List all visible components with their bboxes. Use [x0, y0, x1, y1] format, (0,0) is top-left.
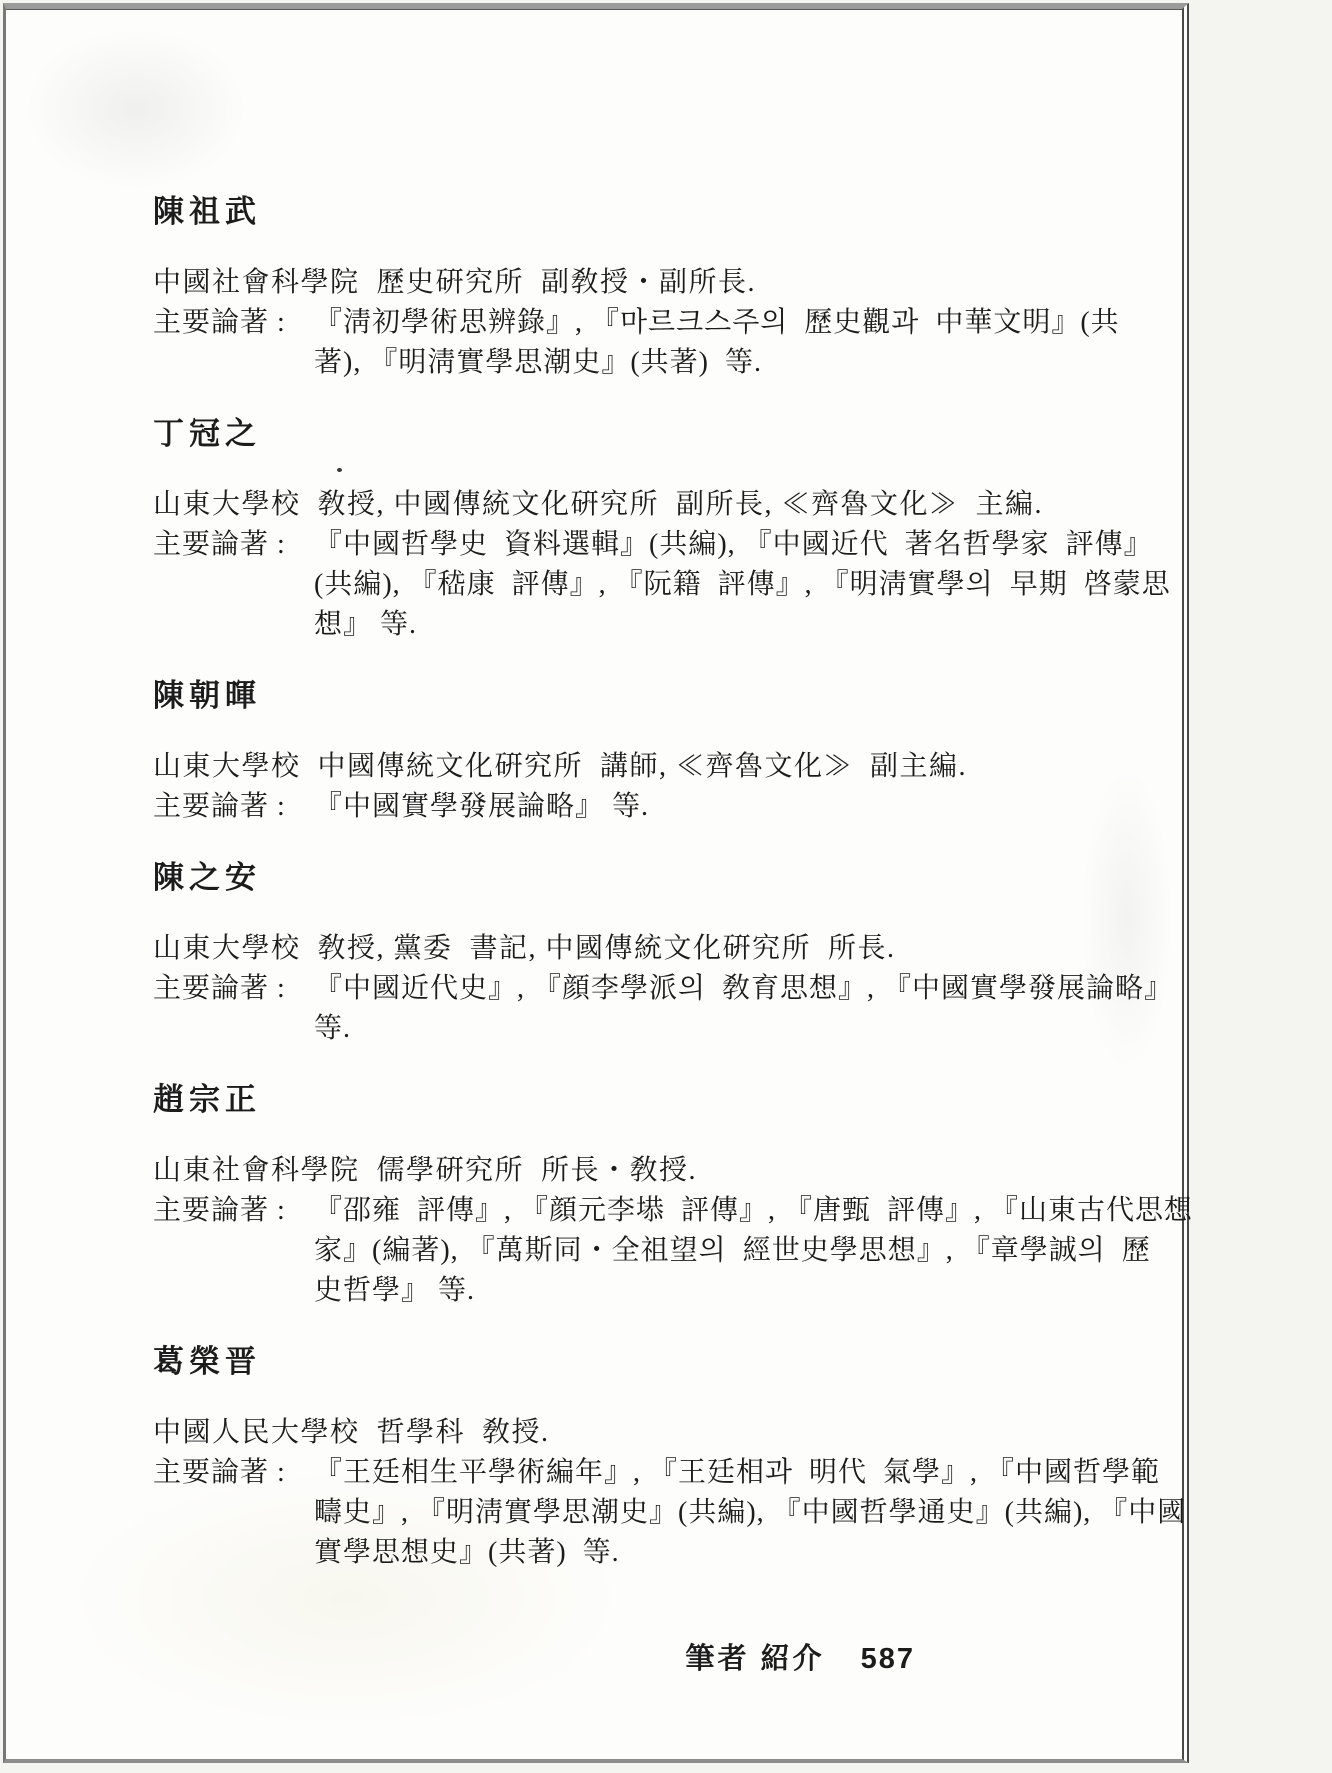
author-section: 葛榮晋 中國人民大學校 哲學科 敎授. 主要論著 : 『王廷相生平學術編年』, … [153, 1341, 915, 1573]
affiliation-line: 山東大學校 中國傳統文化硏究所 講師, ≪齊魯文化≫ 副主編. [153, 747, 915, 787]
works-line: 等. [314, 1009, 1173, 1049]
works-block: 主要論著 : 『中國實學發展論略』 等. [153, 787, 915, 827]
works-lines: 『王廷相生平學術編年』, 『王廷相과 明代 氣學』, 『中國哲學範 疇史』, 『… [314, 1453, 1186, 1573]
works-line: 『王廷相生平學術編年』, 『王廷相과 明代 氣學』, 『中國哲學範 [314, 1453, 1186, 1493]
author-name: 陳朝暉 [153, 675, 915, 717]
works-lines: 『中國哲學史 資料選輯』(共編), 『中國近代 著名哲學家 評傳』 (共編), … [314, 525, 1171, 645]
works-line: 史哲學』 等. [314, 1271, 1193, 1311]
works-block: 主要論著 : 『王廷相生平學術編年』, 『王廷相과 明代 氣學』, 『中國哲學範… [153, 1453, 915, 1573]
author-section: 陳朝暉 山東大學校 中國傳統文化硏究所 講師, ≪齊魯文化≫ 副主編. 主要論著… [153, 675, 915, 827]
works-label: 主要論著 : [153, 525, 314, 565]
footer-section-title: 筆者 紹介 [686, 1643, 825, 1675]
affiliation-line: 山東大學校 敎授, 中國傳統文化硏究所 副所長, ≪齊魯文化≫ 主編. [153, 485, 915, 525]
works-line: 疇史』, 『明淸實學思潮史』(共編), 『中國哲學通史』(共編), 『中國 [314, 1493, 1186, 1533]
author-name: 丁冠之 [153, 413, 915, 455]
page-footer: 筆者 紹介587 [153, 1603, 915, 1710]
works-lines: 『中國實學發展論略』 等. [314, 787, 915, 827]
page-content: 陳祖武 中國社會科學院 歷史硏究所 副敎授・副所長. 主要論著 : 『淸初學術思… [153, 191, 915, 1710]
works-line: 『中國實學發展論略』 等. [314, 787, 915, 827]
affiliation-line: 山東大學校 敎授, 黨委 書記, 中國傳統文化硏究所 所長. [153, 929, 915, 969]
works-lines: 『中國近代史』, 『顔李學派의 敎育思想』, 『中國實學發展論略』 等. [314, 969, 1173, 1049]
works-label: 主要論著 : [153, 969, 314, 1009]
works-line: 想』 等. [314, 605, 1171, 645]
affiliation-line: 山東社會科學院 儒學硏究所 所長・敎授. [153, 1151, 915, 1191]
author-section: 丁冠之 山東大學校 敎授, 中國傳統文化硏究所 副所長, ≪齊魯文化≫ 主編. … [153, 413, 915, 645]
works-label: 主要論著 : [153, 787, 314, 827]
works-lines: 『淸初學術思辨錄』, 『마르크스주의 歷史觀과 中華文明』(共 著), 『明淸實… [314, 303, 1120, 383]
works-line: 『中國哲學史 資料選輯』(共編), 『中國近代 著名哲學家 評傳』 [314, 525, 1171, 565]
works-block: 主要論著 : 『中國哲學史 資料選輯』(共編), 『中國近代 著名哲學家 評傳』… [153, 525, 915, 645]
author-name: 陳之安 [153, 857, 915, 899]
works-block: 主要論著 : 『邵雍 評傳』, 『顔元李塨 評傳』, 『唐甄 評傳』, 『山東古… [153, 1191, 915, 1311]
works-block: 主要論著 : 『淸初學術思辨錄』, 『마르크스주의 歷史觀과 中華文明』(共 著… [153, 303, 915, 383]
works-line: (共編), 『嵇康 評傳』, 『阮籍 評傳』, 『明淸實學의 早期 啓蒙思 [314, 565, 1171, 605]
author-name: 葛榮晋 [153, 1341, 915, 1383]
works-line: 著), 『明淸實學思潮史』(共著) 等. [314, 343, 1120, 383]
author-name: 趙宗正 [153, 1079, 915, 1121]
author-section: 陳之安 山東大學校 敎授, 黨委 書記, 中國傳統文化硏究所 所長. 主要論著 … [153, 857, 915, 1049]
works-line: 家』(編著), 『萬斯同・全祖望의 經世史學思想』, 『章學誠의 歷 [314, 1231, 1193, 1271]
works-line: 『中國近代史』, 『顔李學派의 敎育思想』, 『中國實學發展論略』 [314, 969, 1173, 1009]
page-frame: 陳祖武 中國社會科學院 歷史硏究所 副敎授・副所長. 主要論著 : 『淸初學術思… [3, 3, 1189, 1763]
works-label: 主要論著 : [153, 1191, 314, 1231]
author-section: 陳祖武 中國社會科學院 歷史硏究所 副敎授・副所長. 主要論著 : 『淸初學術思… [153, 191, 915, 383]
works-lines: 『邵雍 評傳』, 『顔元李塨 評傳』, 『唐甄 評傳』, 『山東古代思想 家』(… [314, 1191, 1193, 1311]
works-label: 主要論著 : [153, 303, 314, 343]
scanned-book-page: { "colors": { "page_bg": "#fdfdfc", "out… [0, 0, 1332, 1773]
author-name: 陳祖武 [153, 191, 915, 233]
author-section: 趙宗正 山東社會科學院 儒學硏究所 所長・敎授. 主要論著 : 『邵雍 評傳』,… [153, 1079, 915, 1311]
works-line: 『邵雍 評傳』, 『顔元李塨 評傳』, 『唐甄 評傳』, 『山東古代思想 [314, 1191, 1193, 1231]
affiliation-line: 中國社會科學院 歷史硏究所 副敎授・副所長. [153, 263, 915, 303]
works-line: 實學思想史』(共著) 等. [314, 1533, 1186, 1573]
page-number: 587 [861, 1643, 915, 1675]
scan-smudge [26, 29, 246, 189]
affiliation-line: 中國人民大學校 哲學科 敎授. [153, 1413, 915, 1453]
works-label: 主要論著 : [153, 1453, 314, 1493]
works-block: 主要論著 : 『中國近代史』, 『顔李學派의 敎育思想』, 『中國實學發展論略』… [153, 969, 915, 1049]
works-line: 『淸初學術思辨錄』, 『마르크스주의 歷史觀과 中華文明』(共 [314, 303, 1120, 343]
